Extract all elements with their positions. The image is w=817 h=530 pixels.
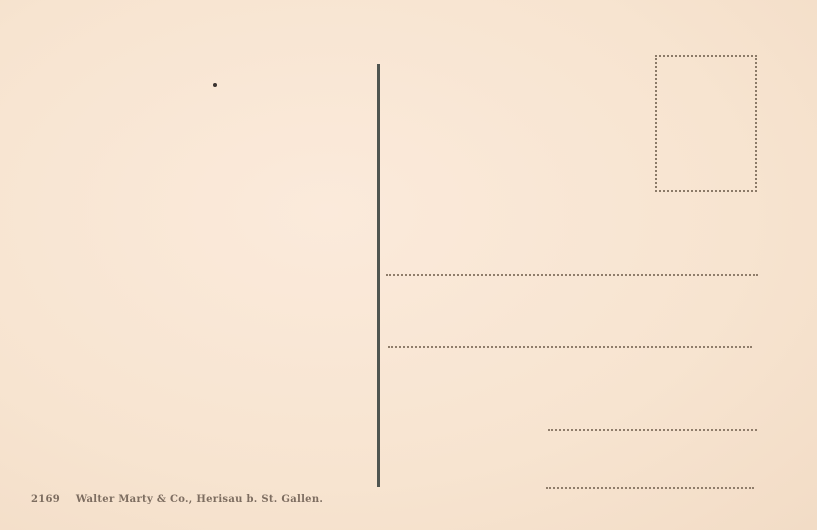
stamp-placeholder-box — [655, 55, 757, 192]
address-line-1 — [386, 274, 758, 276]
address-line-3 — [548, 429, 757, 431]
postcard-back: 2169 Walter Marty & Co., Herisau b. St. … — [0, 0, 817, 530]
address-line-4 — [546, 487, 754, 489]
card-number: 2169 — [31, 494, 60, 505]
ink-speck — [213, 83, 217, 87]
publisher-imprint: 2169 Walter Marty & Co., Herisau b. St. … — [31, 494, 323, 505]
publisher-name: Walter Marty & Co., Herisau b. St. Galle… — [76, 494, 323, 505]
address-line-2 — [388, 346, 752, 348]
center-divider-line — [377, 64, 380, 487]
